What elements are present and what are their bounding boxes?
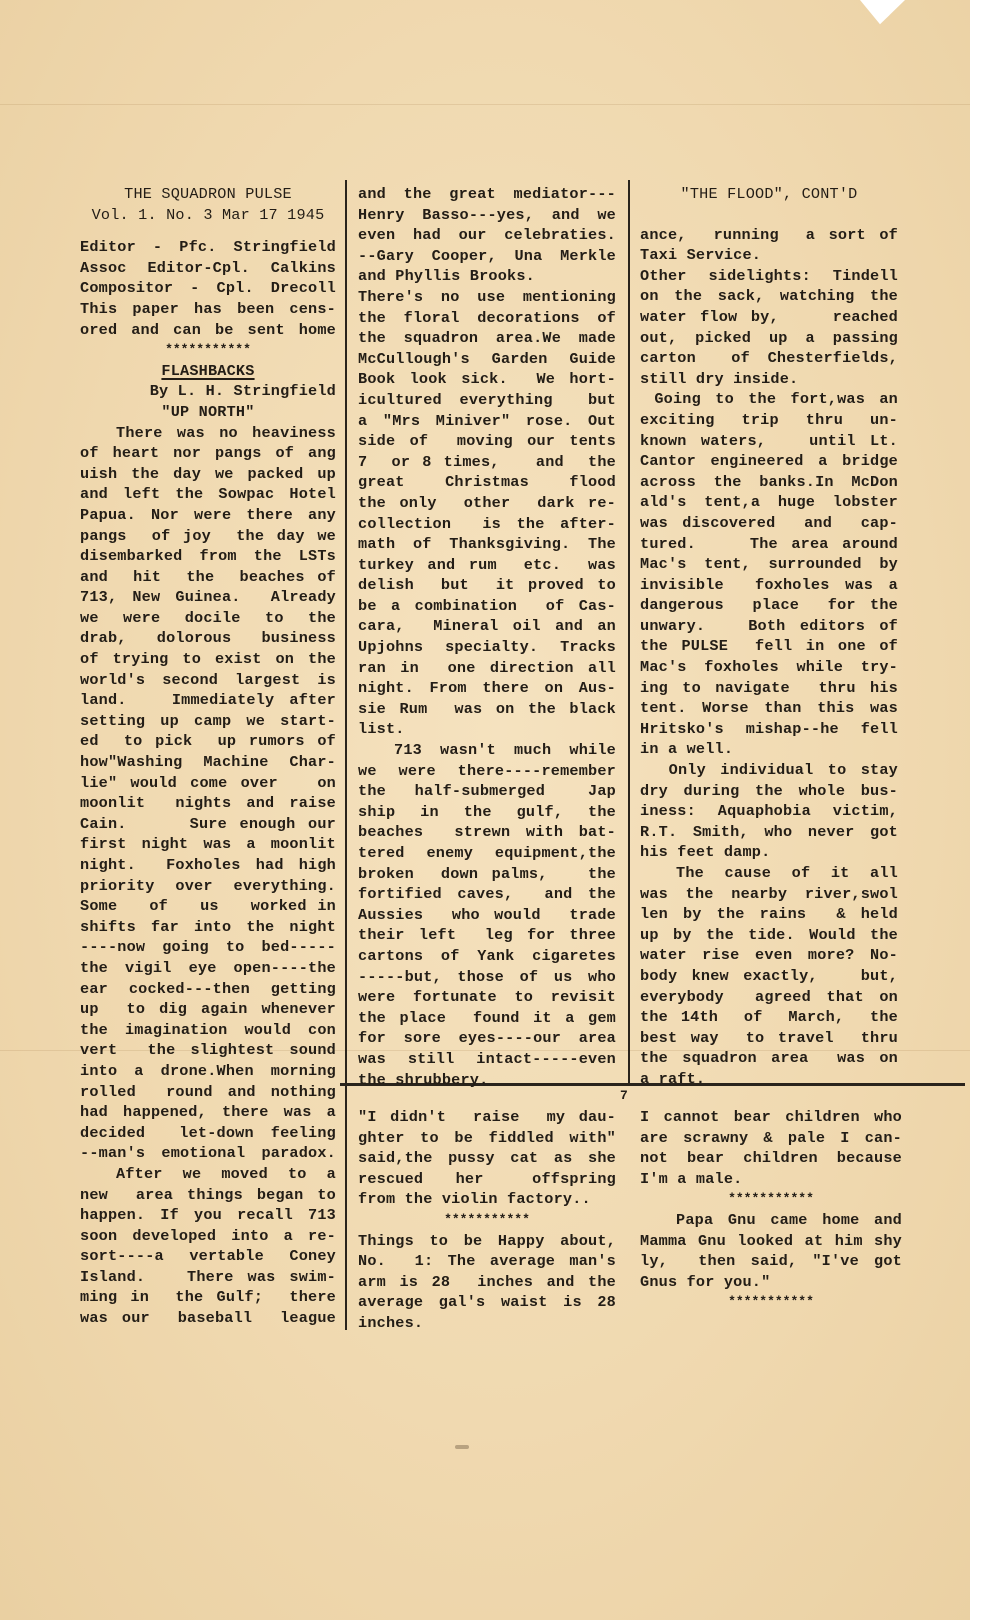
text-line: the shrubbery. — [358, 1070, 616, 1091]
text-line: ran in one direction all — [358, 658, 616, 679]
column-2: and the great mediator---Henry Basso---y… — [358, 184, 616, 1090]
text-line: not bear children because — [640, 1148, 902, 1169]
text-line: decided let-down feeling — [80, 1123, 336, 1144]
text-line: from the violin factory.. — [358, 1189, 616, 1210]
text-line: his feet damp. — [640, 842, 898, 863]
text-line: night. From there on Aus- — [358, 678, 616, 699]
text-line: we were docile to the — [80, 608, 336, 629]
text-line: into a drone.When morning — [80, 1061, 336, 1082]
text-line: setting up camp we start- — [80, 711, 336, 732]
text-line: soon developed into a re- — [80, 1226, 336, 1247]
text-line: tered enemy equipment,the — [358, 843, 616, 864]
text-line: Upjohns specialty. Tracks — [358, 637, 616, 658]
text-line: Hritsko's mishap--he fell — [640, 719, 898, 740]
text-line: invisible foxholes was a — [640, 575, 898, 596]
text-line: the PULSE fell in one of — [640, 636, 898, 657]
text-line: Only individual to stay — [640, 760, 898, 781]
text-line: McCullough's Garden Guide — [358, 349, 616, 370]
text-line: were fortunate to revisit — [358, 987, 616, 1008]
text-line: beaches strewn with bat- — [358, 822, 616, 843]
star-divider: *********** — [640, 1292, 902, 1313]
text-line: new area things began to — [80, 1185, 336, 1206]
text-line: the only other dark re- — [358, 493, 616, 514]
text-line: Other sidelights: Tindell — [640, 266, 898, 287]
subheading: "UP NORTH" — [80, 402, 336, 423]
text-line: vert the slightest sound — [80, 1040, 336, 1061]
text-line: ed to pick up rumors of — [80, 731, 336, 752]
text-line: and hit the beaches of — [80, 567, 336, 588]
text-line: a "Mrs Miniver" rose. Out — [358, 411, 616, 432]
text-line: of trying to exist on the — [80, 649, 336, 670]
text-line: ear cocked---then getting — [80, 979, 336, 1000]
text-line: up to dig again whenever — [80, 999, 336, 1020]
flood-body: ance, running a sort ofTaxi Service.Othe… — [640, 225, 898, 1090]
text-line: Henry Basso---yes, and we — [358, 205, 616, 226]
text-line: iculturеd everything but — [358, 390, 616, 411]
text-line: Taxi Service. — [640, 245, 898, 266]
text-line: drab, dolorous business — [80, 628, 336, 649]
text-line: carton of Chesterfields, — [640, 348, 898, 369]
text-line: Mamma Gnu looked at him shy — [640, 1231, 902, 1252]
text-line: Papua. Nor were there any — [80, 505, 336, 526]
text-line: There was no heaviness — [80, 423, 336, 444]
text-line: delish but it proved to — [358, 575, 616, 596]
masthead-title: THE SQUADRON PULSE — [80, 184, 336, 205]
text-line: had happened, there was a — [80, 1102, 336, 1123]
text-line: After we moved to a — [80, 1164, 336, 1185]
text-line: inches. — [358, 1313, 616, 1334]
joke-happy-about: Things to be Happy about,No. 1: The aver… — [358, 1231, 616, 1334]
text-line: the imagination would con — [80, 1020, 336, 1041]
text-line: ly, then said, "I've got — [640, 1251, 902, 1272]
text-line: was still intact-----even — [358, 1049, 616, 1070]
text-line: list. — [358, 719, 616, 740]
text-line: disembarked from the LSTs — [80, 546, 336, 567]
text-line: ship in the gulf, the — [358, 802, 616, 823]
text-line: body knew exactly, but, — [640, 966, 898, 987]
text-line: for sore eyes----our area — [358, 1028, 616, 1049]
text-line: average gal's waist is 28 — [358, 1292, 616, 1313]
text-line: Island. There was swim- — [80, 1267, 336, 1288]
column-1: THE SQUADRON PULSE Vol. 1. No. 3 Mar 17 … — [80, 184, 336, 1329]
jokes-column-b: I cannot bear children whoare scrawny & … — [640, 1107, 902, 1313]
text-line: The cause of it all — [640, 863, 898, 884]
text-line: priority over everything. — [80, 876, 336, 897]
star-divider: *********** — [358, 1210, 616, 1231]
section-heading-flashbacks: FLASHBACKS — [161, 362, 254, 380]
text-line: I'm a male. — [640, 1169, 902, 1190]
text-line: ing to navigate thru his — [640, 678, 898, 699]
text-line: moonlit nights and raise — [80, 793, 336, 814]
text-line: water flow by, reached — [640, 307, 898, 328]
text-line: rolled round and nothing — [80, 1082, 336, 1103]
masthead-issue: Vol. 1. No. 3 Mar 17 1945 — [80, 205, 336, 226]
text-line: happen. If you recall 713 — [80, 1205, 336, 1226]
text-line: are scrawny & pale I can- — [640, 1128, 902, 1149]
flashbacks-body-col1: There was no heavinessof heart nor pangs… — [80, 423, 336, 1329]
text-line: "I didn't raise my dau- — [358, 1107, 616, 1128]
joke-gnus: Papa Gnu came home andMamma Gnu looked a… — [640, 1210, 902, 1292]
text-line: a raft. — [640, 1069, 898, 1090]
text-line: tured. The area around — [640, 534, 898, 555]
text-line: of heart nor pangs of ang — [80, 443, 336, 464]
text-line: exciting trip thru un- — [640, 410, 898, 431]
text-line: was our baseball league — [80, 1308, 336, 1329]
text-line: water rise even more? No- — [640, 945, 898, 966]
text-line: the place found it a gem — [358, 1008, 616, 1029]
text-line: we were there----remember — [358, 761, 616, 782]
text-line: across the banks.In McDon — [640, 472, 898, 493]
text-line: I cannot bear children who — [640, 1107, 902, 1128]
text-line: ald's tent,a huge lobster — [640, 492, 898, 513]
text-line: on the sack, watching the — [640, 286, 898, 307]
text-line: iness: Aquaphobia victim, — [640, 801, 898, 822]
text-line: Mac's tent, surrounded by — [640, 554, 898, 575]
text-line: in a well. — [640, 739, 898, 760]
text-line: turkey and rum etc. was — [358, 555, 616, 576]
text-line: world's second largest is — [80, 670, 336, 691]
text-line: cartons of Yank cigaretes — [358, 946, 616, 967]
text-line: 713, New Guinea. Already — [80, 587, 336, 608]
joke-bear-children: I cannot bear children whoare scrawny & … — [640, 1107, 902, 1189]
column-3: "THE FLOOD", CONT'D ance, running a sort… — [640, 184, 898, 1090]
staff-compositor: Compositor - Cpl. Drecoll — [80, 278, 336, 299]
text-line: great Christmas flood — [358, 472, 616, 493]
text-line: the floral decorations of — [358, 308, 616, 329]
text-line: There's no use mentioning — [358, 287, 616, 308]
text-line: everybody agreed that on — [640, 987, 898, 1008]
text-line: Gnus for you." — [640, 1272, 902, 1293]
text-line: cara, Mineral oil and an — [358, 616, 616, 637]
text-line: lie" would come over on — [80, 773, 336, 794]
censor-note: ored and can be sent home — [80, 320, 336, 341]
flood-heading: "THE FLOOD", CONT'D — [640, 184, 898, 205]
text-line: uish the day we packed up — [80, 464, 336, 485]
text-line: best way to travel thru — [640, 1028, 898, 1049]
text-line: len by the rains & held — [640, 904, 898, 925]
text-line: pangs of joy the day we — [80, 526, 336, 547]
text-line: up by the tide. Would the — [640, 925, 898, 946]
text-line: their left leg for three — [358, 925, 616, 946]
text-line: tent. Worse than this was — [640, 698, 898, 719]
text-line: dangerous place for the — [640, 595, 898, 616]
column-rule-left — [345, 180, 347, 1330]
text-line: known waters, until Lt. — [640, 431, 898, 452]
text-line: the squadron area was on — [640, 1048, 898, 1069]
text-line: unwary. Both editors of — [640, 616, 898, 637]
text-line: Aussies who would trade — [358, 905, 616, 926]
text-line: shifts far into the night — [80, 917, 336, 938]
paper-crease — [0, 104, 970, 105]
text-line: Going to the fort,was an — [640, 389, 898, 410]
column-rule-right — [628, 180, 630, 1085]
text-line: Book look sick. We hort- — [358, 369, 616, 390]
text-line: was discovered and cap- — [640, 513, 898, 534]
text-line: ghter to be fiddled with" — [358, 1128, 616, 1149]
text-line: and left the Sowpac Hotel — [80, 484, 336, 505]
text-line: ----now going to bed----- — [80, 937, 336, 958]
staff-editor: Editor - Pfc. Stringfield — [80, 237, 336, 258]
page-number: 7 — [620, 1088, 628, 1103]
text-line: sie Rum was on the black — [358, 699, 616, 720]
text-line: land. Immediately after — [80, 690, 336, 711]
text-line: Cantor engineered a bridge — [640, 451, 898, 472]
text-line: Mac's foxholes while try- — [640, 657, 898, 678]
text-line: arm is 28 inches and the — [358, 1272, 616, 1293]
text-line: ance, running a sort of — [640, 225, 898, 246]
text-line: rescued her offspring — [358, 1169, 616, 1190]
text-line: Cain. Sure enough our — [80, 814, 336, 835]
star-divider: *********** — [640, 1189, 902, 1210]
text-line: -----but, those of us who — [358, 967, 616, 988]
ink-smudge — [455, 1445, 469, 1449]
staff-assoc-editor: Assoc Editor-Cpl. Calkins — [80, 258, 336, 279]
text-line: 713 wasn't much while — [358, 740, 616, 761]
text-line: ming in the Gulf; there — [80, 1287, 336, 1308]
text-line: No. 1: The average man's — [358, 1251, 616, 1272]
joke-pussycat: "I didn't raise my dau-ghter to be fiddl… — [358, 1107, 616, 1210]
text-line: was the nearby river,swol — [640, 884, 898, 905]
text-line: and Phyllis Brooks. — [358, 266, 616, 287]
text-line: --Gary Cooper, Una Merkle — [358, 246, 616, 267]
text-line: the 14th of March, the — [640, 1007, 898, 1028]
text-line: R.T. Smith, who never got — [640, 822, 898, 843]
text-line: collection is the after- — [358, 514, 616, 535]
text-line: 7 or 8 times, and the — [358, 452, 616, 473]
text-line: dry during the whole bus- — [640, 781, 898, 802]
text-line: be a combination of Cas- — [358, 596, 616, 617]
text-line: the squadron area.We made — [358, 328, 616, 349]
text-line: the half-submerged Jap — [358, 781, 616, 802]
star-divider: *********** — [80, 340, 336, 361]
jokes-column-a: "I didn't raise my dau-ghter to be fiddl… — [358, 1107, 616, 1334]
text-line: math of Thanksgiving. The — [358, 534, 616, 555]
text-line: still dry inside. — [640, 369, 898, 390]
text-line: --man's emotional paradox. — [80, 1143, 336, 1164]
text-line: and the great mediator--- — [358, 184, 616, 205]
text-line: Things to be Happy about, — [358, 1231, 616, 1252]
text-line: Papa Gnu came home and — [640, 1210, 902, 1231]
text-line: fortified caves, and the — [358, 884, 616, 905]
text-line: even had our celebraties. — [358, 225, 616, 246]
text-line: first night was a moonlit — [80, 834, 336, 855]
text-line: the vigil eye open----the — [80, 958, 336, 979]
censor-note: This paper has been cens- — [80, 299, 336, 320]
text-line: Some of us worked in — [80, 896, 336, 917]
text-line: said,the pussy cat as she — [358, 1148, 616, 1169]
text-line: sort----a vertable Coney — [80, 1246, 336, 1267]
text-line: how"Washing Machine Char- — [80, 752, 336, 773]
text-line: out, picked up a passing — [640, 328, 898, 349]
text-line: night. Foxholes had high — [80, 855, 336, 876]
text-line: side of moving our tents — [358, 431, 616, 452]
byline: By L. H. Stringfield — [80, 381, 336, 402]
text-line: broken down palms, the — [358, 864, 616, 885]
flashbacks-body-col2: and the great mediator---Henry Basso---y… — [358, 184, 616, 1090]
